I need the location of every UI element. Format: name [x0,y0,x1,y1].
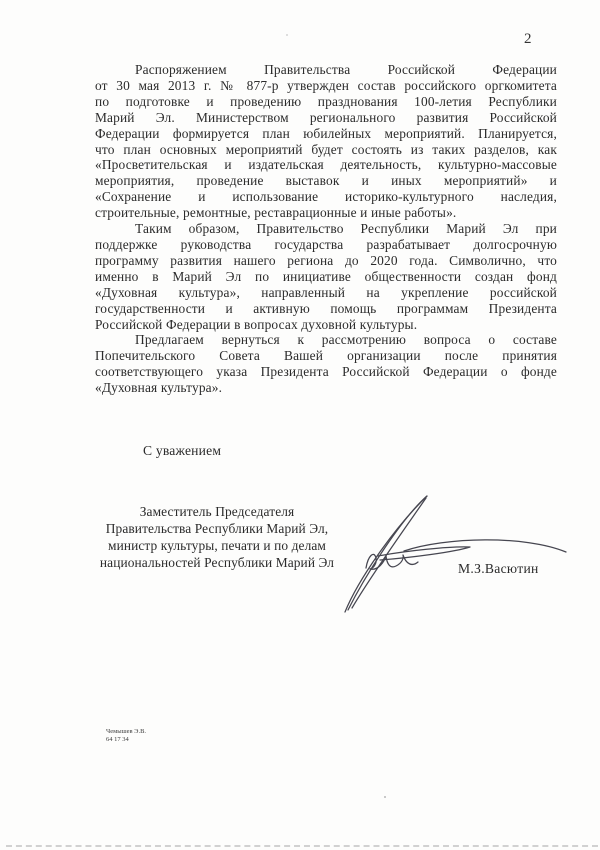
text-line: Федерации формируется план юбилейных мер… [95,126,557,142]
text-line: мероприятия, проведение выставок и иных … [95,173,557,189]
text-line: «Просветительская и издательская деятель… [95,157,557,173]
text-line: «Духовная культура», направленный на укр… [95,285,557,301]
signatory-title-block: Заместитель ПредседателяПравительства Ре… [96,504,338,572]
executor-name: Чемышев Э.В. [106,728,146,736]
text-line: Правительства Республики Марий Эл, [96,521,338,538]
text-line: Попечительского Совета Вашей организации… [95,348,557,364]
text-line: Распоряжением Правительства Российской Ф… [95,62,557,78]
handwritten-signature-icon [330,478,600,638]
text-line: министр культуры, печати и по делам [96,538,338,555]
page-number: 2 [524,31,532,48]
text-line: строительные, ремонтные, реставрационные… [95,205,557,221]
text-line: «Сохранение и использование историко-кул… [95,189,557,205]
executor-note: Чемышев Э.В. 64 17 34 [106,728,146,743]
text-line: Марий Эл. Министерством регионального ра… [95,110,557,126]
closing-salutation: С уважением [143,443,221,459]
scanned-letter-page: 2 Распоряжением Правительства Российской… [0,0,600,850]
paragraph: Таким образом, Правительство Республики … [95,221,557,332]
text-line: соответствующего указа Президента Россий… [95,364,557,380]
text-line: «Духовная культура». [95,380,557,396]
text-line: программу развития нашего региона до 202… [95,253,557,269]
text-line: поддержке руководства государства разраб… [95,237,557,253]
paragraph: Предлагаем вернуться к рассмотрению вопр… [95,332,557,396]
scan-edge-artifact [6,845,598,847]
scan-speck [384,796,386,798]
text-line: именно в Марий Эл по инициативе обществе… [95,269,557,285]
text-line: государственности и активную помощь прог… [95,301,557,317]
text-line: по подготовке и проведению празднования … [95,94,557,110]
text-line: Российской Федерации в вопросах духовной… [95,317,557,333]
text-line: что план основных мероприятий будет сост… [95,142,557,158]
text-line: Заместитель Председателя [96,504,338,521]
text-line: Предлагаем вернуться к рассмотрению вопр… [95,332,557,348]
signatory-name: М.З.Васютин [458,561,539,577]
text-line: Таким образом, Правительство Республики … [95,221,557,237]
text-line: национальностей Республики Марий Эл [96,555,338,572]
executor-phone: 64 17 34 [106,736,146,744]
scan-speck [286,34,288,36]
paragraph: Распоряжением Правительства Российской Ф… [95,62,557,221]
text-line: от 30 мая 2013 г. № 877-р утвержден сост… [95,78,557,94]
letter-body: Распоряжением Правительства Российской Ф… [95,62,557,396]
